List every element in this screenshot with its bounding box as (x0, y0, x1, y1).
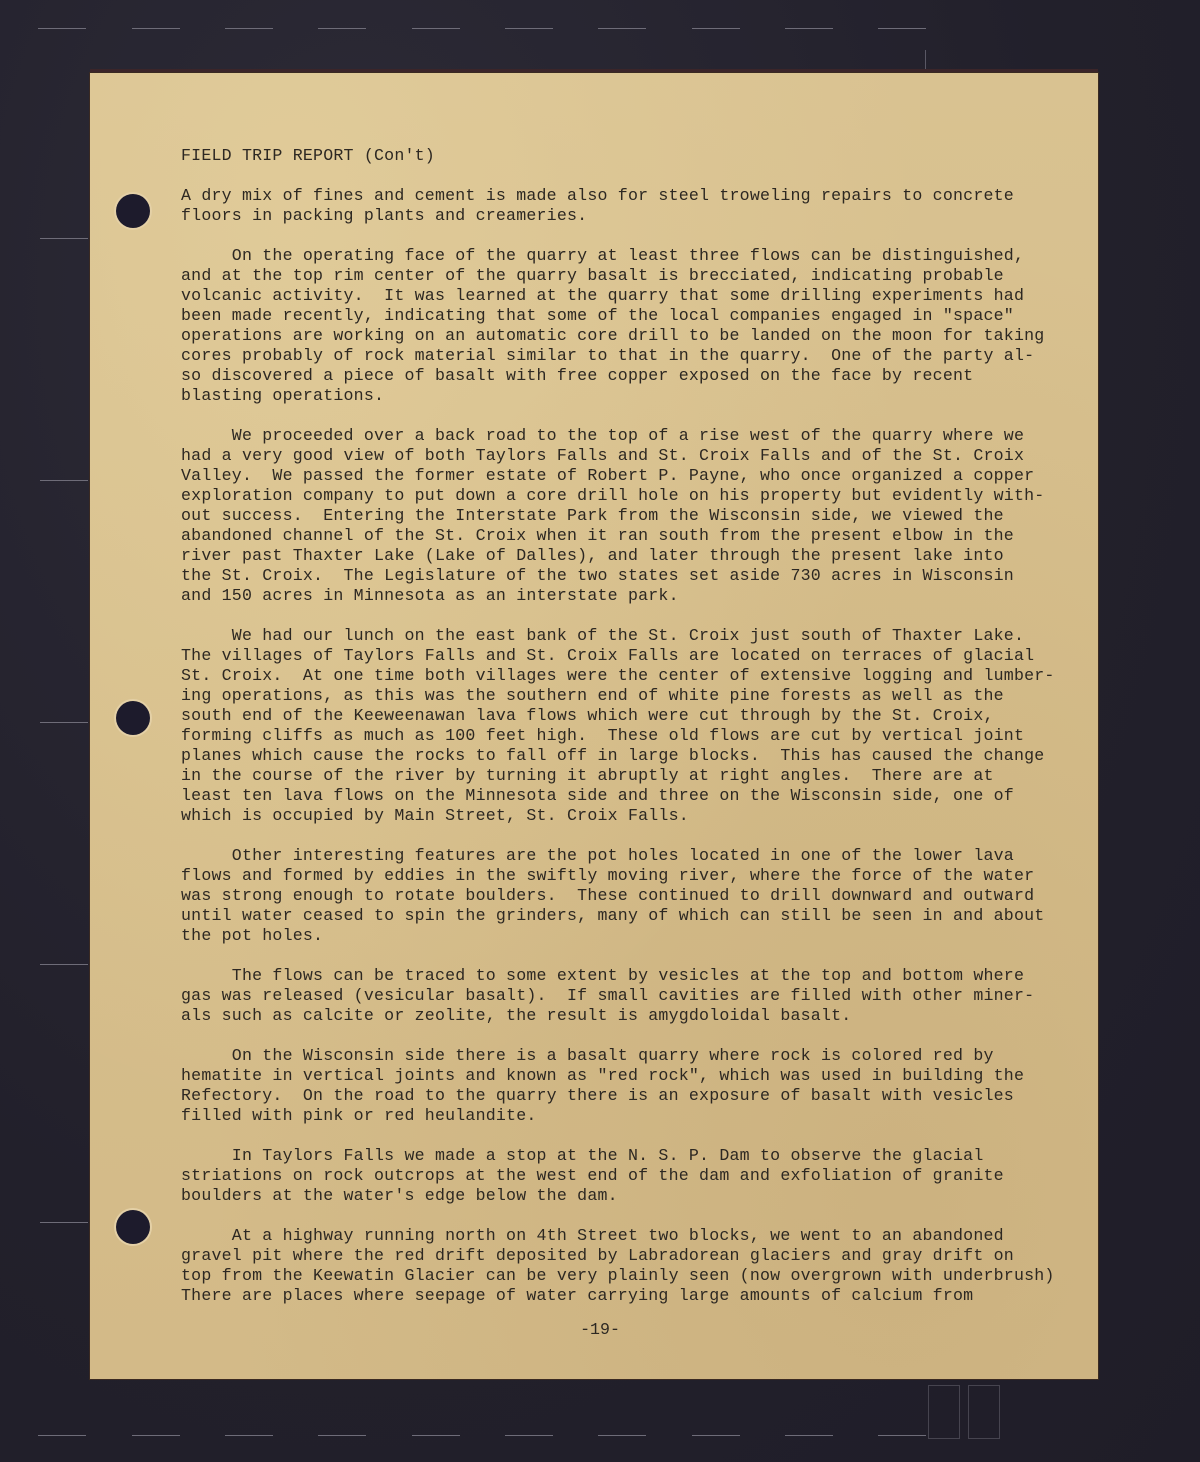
ruler-mark (598, 1435, 646, 1436)
text-line: so discovered a piece of basalt with fre… (181, 366, 1041, 386)
text-line: and 150 acres in Minnesota as an interst… (181, 586, 1041, 606)
text-line: als such as calcite or zeolite, the resu… (181, 1006, 1041, 1026)
text-line: striations on rock outcrops at the west … (181, 1166, 1041, 1186)
ruler-mark (785, 28, 833, 29)
text-line: south end of the Keeweenawan lava flows … (181, 706, 1041, 726)
text-line: filled with pink or red heulandite. (181, 1106, 1041, 1126)
ruler-mark (38, 28, 86, 29)
text-line: There are places where seepage of water … (181, 1286, 1041, 1306)
text-line: top from the Keewatin Glacier can be ver… (181, 1266, 1041, 1286)
paragraph: On the Wisconsin side there is a basalt … (181, 1046, 1041, 1126)
scanner-clip (928, 1385, 960, 1439)
ruler-mark (412, 28, 460, 29)
punch-hole (116, 701, 150, 735)
text-line: cores probably of rock material similar … (181, 346, 1041, 366)
ruler-mark (40, 238, 88, 239)
ruler-mark (505, 28, 553, 29)
scanner-clip (968, 1385, 1000, 1439)
paragraph: We proceeded over a back road to the top… (181, 426, 1041, 606)
ruler-tick (925, 50, 926, 70)
ruler-mark (40, 480, 88, 481)
text-line: volcanic activity. It was learned at the… (181, 286, 1041, 306)
text-line: which is occupied by Main Street, St. Cr… (181, 806, 1041, 826)
ruler-mark (40, 722, 88, 723)
ruler-mark (692, 1435, 740, 1436)
ruler-mark (132, 28, 180, 29)
ruler-mark (878, 28, 926, 29)
text-line: the pot holes. (181, 926, 1041, 946)
ruler-mark (785, 1435, 833, 1436)
ruler-mark (878, 1435, 926, 1436)
ruler-mark (225, 28, 273, 29)
text-line: until water ceased to spin the grinders,… (181, 906, 1041, 926)
punch-hole (116, 194, 150, 228)
text-line: The villages of Taylors Falls and St. Cr… (181, 646, 1041, 666)
text-line: been made recently, indicating that some… (181, 306, 1041, 326)
text-line: river past Thaxter Lake (Lake of Dalles)… (181, 546, 1041, 566)
text-line: had a very good view of both Taylors Fal… (181, 446, 1041, 466)
report-title: FIELD TRIP REPORT (Con't) (181, 146, 1041, 166)
text-line: least ten lava flows on the Minnesota si… (181, 786, 1041, 806)
text-line: flows and formed by eddies in the swiftl… (181, 866, 1041, 886)
ruler-mark (318, 28, 366, 29)
text-line: Other interesting features are the pot h… (181, 846, 1041, 866)
text-line: We had our lunch on the east bank of the… (181, 626, 1041, 646)
page-number: -19- (0, 1320, 1200, 1339)
text-line: operations are working on an automatic c… (181, 326, 1041, 346)
text-line: At a highway running north on 4th Street… (181, 1226, 1041, 1246)
text-line: A dry mix of fines and cement is made al… (181, 186, 1041, 206)
ruler-mark (225, 1435, 273, 1436)
text-line: hematite in vertical joints and known as… (181, 1066, 1041, 1086)
text-line: in the course of the river by turning it… (181, 766, 1041, 786)
text-line: abandoned channel of the St. Croix when … (181, 526, 1041, 546)
paragraph: A dry mix of fines and cement is made al… (181, 186, 1041, 226)
text-line: floors in packing plants and creameries. (181, 206, 1041, 226)
ruler-mark (692, 28, 740, 29)
text-line: St. Croix. At one time both villages wer… (181, 666, 1041, 686)
ruler-mark (40, 964, 88, 965)
ruler-mark (318, 1435, 366, 1436)
paragraph: In Taylors Falls we made a stop at the N… (181, 1146, 1041, 1206)
text-line: Valley. We passed the former estate of R… (181, 466, 1041, 486)
text-line: and at the top rim center of the quarry … (181, 266, 1041, 286)
text-line: forming cliffs as much as 100 feet high.… (181, 726, 1041, 746)
text-line: blasting operations. (181, 386, 1041, 406)
text-line: On the operating face of the quarry at l… (181, 246, 1041, 266)
paragraph: The flows can be traced to some extent b… (181, 966, 1041, 1026)
ruler-mark (505, 1435, 553, 1436)
text-line: out success. Entering the Interstate Par… (181, 506, 1041, 526)
text-line: Refectory. On the road to the quarry the… (181, 1086, 1041, 1106)
text-line: planes which cause the rocks to fall off… (181, 746, 1041, 766)
text-line: was strong enough to rotate boulders. Th… (181, 886, 1041, 906)
paragraph: We had our lunch on the east bank of the… (181, 626, 1041, 826)
paragraph: On the operating face of the quarry at l… (181, 246, 1041, 406)
punch-hole (116, 1210, 150, 1244)
text-line: the St. Croix. The Legislature of the tw… (181, 566, 1041, 586)
text-line: On the Wisconsin side there is a basalt … (181, 1046, 1041, 1066)
ruler-mark (38, 1435, 86, 1436)
text-line: ing operations, as this was the southern… (181, 686, 1041, 706)
ruler-mark (40, 1222, 88, 1223)
text-line: We proceeded over a back road to the top… (181, 426, 1041, 446)
ruler-mark (412, 1435, 460, 1436)
text-line: The flows can be traced to some extent b… (181, 966, 1041, 986)
ruler-mark (598, 28, 646, 29)
text-line: boulders at the water's edge below the d… (181, 1186, 1041, 1206)
text-line: In Taylors Falls we made a stop at the N… (181, 1146, 1041, 1166)
document-body: FIELD TRIP REPORT (Con't) A dry mix of f… (181, 146, 1041, 1326)
paragraph: Other interesting features are the pot h… (181, 846, 1041, 946)
paragraph: At a highway running north on 4th Street… (181, 1226, 1041, 1306)
ruler-mark (132, 1435, 180, 1436)
text-line: gas was released (vesicular basalt). If … (181, 986, 1041, 1006)
text-line: gravel pit where the red drift deposited… (181, 1246, 1041, 1266)
text-line: exploration company to put down a core d… (181, 486, 1041, 506)
